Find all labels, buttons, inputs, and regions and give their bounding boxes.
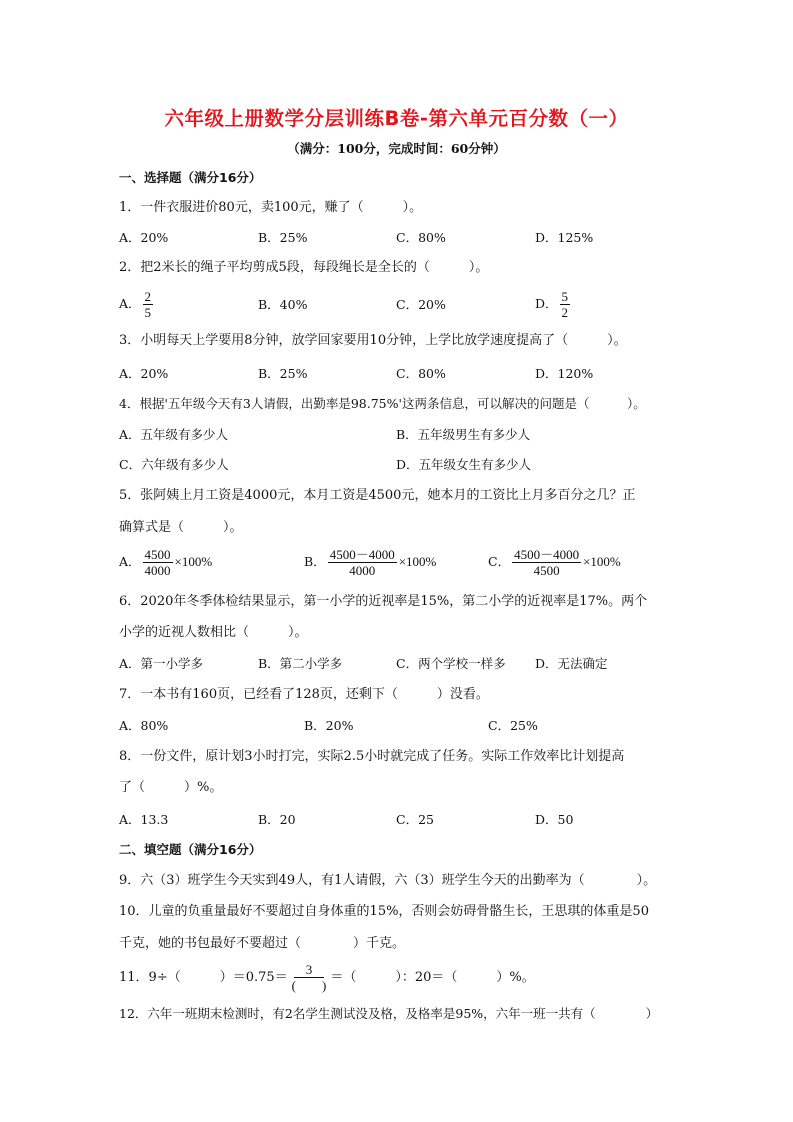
q5-option-a-label: A． xyxy=(119,554,141,569)
question-5-stem-line1: 5．张阿姨上月工资是4000元，本月工资是4500元，她本月的工资比上月多百分之… xyxy=(119,488,635,504)
question-5-stem-line2: 确算式是（ ）。 xyxy=(119,520,243,536)
q6-option-b: B．第二小学多 xyxy=(258,656,342,672)
q8-option-c: C．25 xyxy=(396,812,434,828)
q5-option-c-label: C． xyxy=(488,554,510,569)
question-3-stem: 3．小明每天上学要用8分钟，放学回家要用10分钟，上学比放学速度提高了（ ）。 xyxy=(119,333,627,349)
q6-option-c: C．两个学校一样多 xyxy=(396,656,506,672)
q2-option-a-label: A． xyxy=(119,296,141,311)
q5-option-c: C．4500－40004500×100% xyxy=(488,547,621,578)
fraction-tail: ×100% xyxy=(399,554,437,569)
q4-option-c: C．六年级有多少人 xyxy=(119,457,229,473)
fraction: 52 xyxy=(560,289,571,320)
fraction-denominator: 4500 xyxy=(532,563,562,578)
q2-option-d: D．52 xyxy=(535,289,572,320)
fraction: 4500－40004000 xyxy=(328,547,397,578)
q1-option-b: B．25% xyxy=(258,230,307,246)
q4-option-d: D．五年级女生有多少人 xyxy=(396,457,531,473)
fraction-numerator: 5 xyxy=(560,289,571,305)
question-4-stem: 4．根据'五年级今天有3人请假，出勤率是98.75%'这两条信息，可以解决的问题… xyxy=(119,396,646,412)
q6-option-d: D．无法确定 xyxy=(535,656,608,672)
fraction: 25 xyxy=(143,289,154,320)
question-1-stem: 1．一件衣服进价80元，卖100元，赚了（ ）。 xyxy=(119,200,422,216)
q7-option-b: B．20% xyxy=(304,718,353,734)
question-12-stem: 12．六年一班期末检测时，有2名学生测试没及格，及格率是95%，六年一班一共有（… xyxy=(119,1006,658,1022)
q3-option-c: C．80% xyxy=(396,366,446,382)
q8-option-d: D．50 xyxy=(535,812,573,828)
fraction-denominator: 4000 xyxy=(143,563,173,578)
q7-option-a: A．80% xyxy=(119,718,168,734)
q5-option-b: B．4500－40004000×100% xyxy=(304,547,436,578)
question-7-stem: 7．一本书有160页，已经看了128页，还剩下（ ）没看。 xyxy=(119,687,489,703)
fraction: 3( ) xyxy=(290,962,329,993)
fraction-denominator: 5 xyxy=(143,305,154,320)
q2-option-d-label: D． xyxy=(535,296,558,311)
q11-prefix: 11．9÷（ ）＝0.75＝ xyxy=(119,970,288,986)
q5-option-a: A．45004000×100% xyxy=(119,547,212,578)
q2-option-c: C．20% xyxy=(396,297,446,313)
fraction-numerator: 4500－4000 xyxy=(328,547,397,563)
fraction: 4500－40004500 xyxy=(512,547,581,578)
fraction-denominator: ( ) xyxy=(290,978,329,993)
fraction-numerator: 3 xyxy=(294,962,325,978)
fraction-numerator: 2 xyxy=(143,289,154,305)
q3-option-d: D．120% xyxy=(535,366,593,382)
fraction: 45004000 xyxy=(143,547,173,578)
fraction-denominator: 2 xyxy=(560,305,571,320)
question-6-stem-line1: 6．2020年冬季体检结果显示，第一小学的近视率是15%，第二小学的近视率是17… xyxy=(119,594,647,610)
question-2-stem: 2．把2米长的绳子平均剪成5段，每段绳长是全长的（ ）。 xyxy=(119,260,488,276)
page-title: 六年级上册数学分层训练B卷-第六单元百分数（一） xyxy=(0,103,793,131)
q1-option-d: D．125% xyxy=(535,230,593,246)
section-heading-fill-blank: 二、填空题（满分16分） xyxy=(119,842,261,858)
page-subtitle: （满分：100分，完成时间：60分钟） xyxy=(0,139,793,157)
q7-option-c: C．25% xyxy=(488,718,538,734)
question-10-stem-line2: 千克，她的书包最好不要超过（ ）千克。 xyxy=(119,936,405,952)
question-9-stem: 9．六（3）班学生今天实到49人，有1人请假，六（3）班学生今天的出勤率为（ ）… xyxy=(119,873,656,889)
q8-option-a: A．13.3 xyxy=(119,812,168,828)
fraction-numerator: 4500－4000 xyxy=(512,547,581,563)
fraction-tail: ×100% xyxy=(175,554,213,569)
question-10-stem-line1: 10．儿童的负重量最好不要超过自身体重的15%，否则会妨碍骨骼生长，王思琪的体重… xyxy=(119,904,649,920)
q1-option-c: C．80% xyxy=(396,230,446,246)
q8-option-b: B．20 xyxy=(258,812,296,828)
question-6-stem-line2: 小学的近视人数相比（ ）。 xyxy=(119,625,308,641)
fraction-denominator: 4000 xyxy=(347,563,377,578)
fraction-tail: ×100% xyxy=(583,554,621,569)
section-heading-choice: 一、选择题（满分16分） xyxy=(119,170,261,186)
q4-option-b: B．五年级男生有多少人 xyxy=(396,427,530,443)
q5-option-b-label: B． xyxy=(304,554,326,569)
question-8-stem-line1: 8．一份文件，原计划3小时打完，实际2.5小时就完成了任务。实际工作效率比计划提… xyxy=(119,749,624,765)
q3-option-a: A．20% xyxy=(119,366,168,382)
q6-option-a: A．第一小学多 xyxy=(119,656,203,672)
q2-option-a: A．25 xyxy=(119,289,155,320)
q1-option-a: A．20% xyxy=(119,230,168,246)
q3-option-b: B．25% xyxy=(258,366,307,382)
q11-suffix: ＝（ ）：20＝（ ）%。 xyxy=(330,970,534,986)
q4-option-a: A．五年级有多少人 xyxy=(119,427,228,443)
q2-option-b: B．40% xyxy=(258,297,307,313)
question-8-stem-line2: 了（ ）%。 xyxy=(119,780,222,796)
question-11-stem: 11．9÷（ ）＝0.75＝ 3( ) ＝（ ）：20＝（ ）%。 xyxy=(119,962,535,993)
fraction-numerator: 4500 xyxy=(143,547,173,563)
